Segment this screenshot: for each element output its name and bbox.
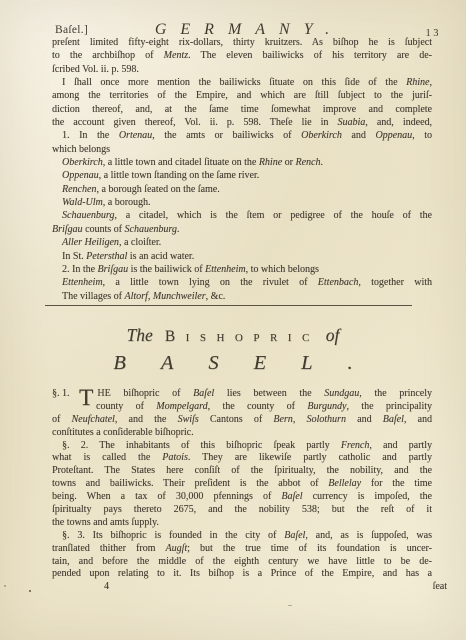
catch-title: Baſel.] (55, 24, 88, 36)
heading-line1: TheBishopricof (0, 325, 466, 347)
text-line: tain, and before the middle of the eight… (52, 556, 432, 569)
text-line: pended upon relating to it. Its biſhop i… (52, 568, 432, 581)
section-divider-rule (45, 305, 412, 306)
text-line: the account given thereof, Vol. ii. p. 5… (52, 116, 432, 129)
text-run: §. 1. (52, 388, 72, 401)
heading-line2: BASEL. (0, 352, 466, 375)
text-line: towns and bailiwicks. Their preſident is… (52, 478, 432, 491)
paper-speck (288, 605, 292, 606)
text-run: HE biſhopric of Baſel lies between the S… (97, 388, 432, 401)
signature-mark: 4 (104, 581, 109, 594)
book-page: Baſel.] GERMANY. 13 preſent limited fift… (0, 0, 466, 640)
text-line: Oberkirch, a little town and citadel ſit… (52, 156, 432, 169)
text-line: Briſgau counts of Schauenburg. (52, 223, 432, 236)
text-line: conſtitutes a conſiderable biſhopric. (52, 427, 432, 440)
text-line: Aller Heiligen, a cloiſter. (52, 236, 432, 249)
text-line: which belongs (52, 143, 432, 156)
text-line: §. 3. Its biſhopric is founded in the ci… (52, 530, 432, 543)
text-line: ſpiritualty pays thereto 2675, and the n… (52, 504, 432, 517)
text-line: Oppenau, a little town ſtanding on the ſ… (52, 169, 432, 182)
text-line: Ettenheim, a little town lying on the ri… (52, 276, 432, 289)
text-line: Proteſtant. The States here conſiſt of t… (52, 465, 432, 478)
text-line: §. 2. The inhabitants of this biſhopric … (52, 440, 432, 453)
text-line: Wald-Ulm, a borough. (52, 196, 432, 209)
paper-speck (4, 585, 6, 587)
text-line: of Neufchatel, and the Swiſs Cantons of … (52, 414, 432, 427)
text-line: Schauenburg, a citadel, which is the ſte… (52, 209, 432, 222)
catchword: ſeat (433, 581, 447, 594)
text-line: The villages of Altorf, Munchweiler, &c. (52, 290, 432, 303)
text-line: 1. In the Ortenau, the amts or bailiwick… (52, 129, 432, 142)
text-line: I ſhall once more mention the bailiwicks… (52, 76, 432, 89)
text-line: §. 1. THE biſhopric of Baſel lies betwee… (52, 388, 432, 401)
text-line: diction thereof, and, at the ſame time ſ… (52, 103, 432, 116)
text-line: ſcribed Vol. ii. p. 598. (52, 63, 432, 76)
paper-speck (29, 590, 31, 592)
text-line: 2. In the Briſgau is the bailiwick of Et… (52, 263, 432, 276)
text-line: what is called the Patois. They are like… (52, 452, 432, 465)
intro-lines: preſent limited fifty-eight rix-dollars,… (52, 36, 432, 303)
text-line: county of Mompelgard, the county of Burg… (52, 401, 432, 414)
text-line: among the territories of the Empire, and… (52, 89, 432, 102)
text-line: Renchen, a borough ſeated on the ſame. (52, 183, 432, 196)
text-line: In St. Petersthal is an acid water. (52, 250, 432, 263)
footer-line: 4ſeat (52, 581, 432, 594)
section-lines: §. 1. THE biſhopric of Baſel lies betwee… (52, 388, 432, 594)
text-line: the towns and amts ſupply. (52, 517, 432, 530)
section-heading: TheBishopricof BASEL. (0, 325, 466, 375)
text-line: tranſlated thither from Augſt; but the t… (52, 543, 432, 556)
text-line: preſent limited fifty-eight rix-dollars,… (52, 36, 432, 49)
text-line: to the archbiſhop of Mentz. The eleven b… (52, 49, 432, 62)
text-line: being. When a tax of 30,000 pfennings of… (52, 491, 432, 504)
